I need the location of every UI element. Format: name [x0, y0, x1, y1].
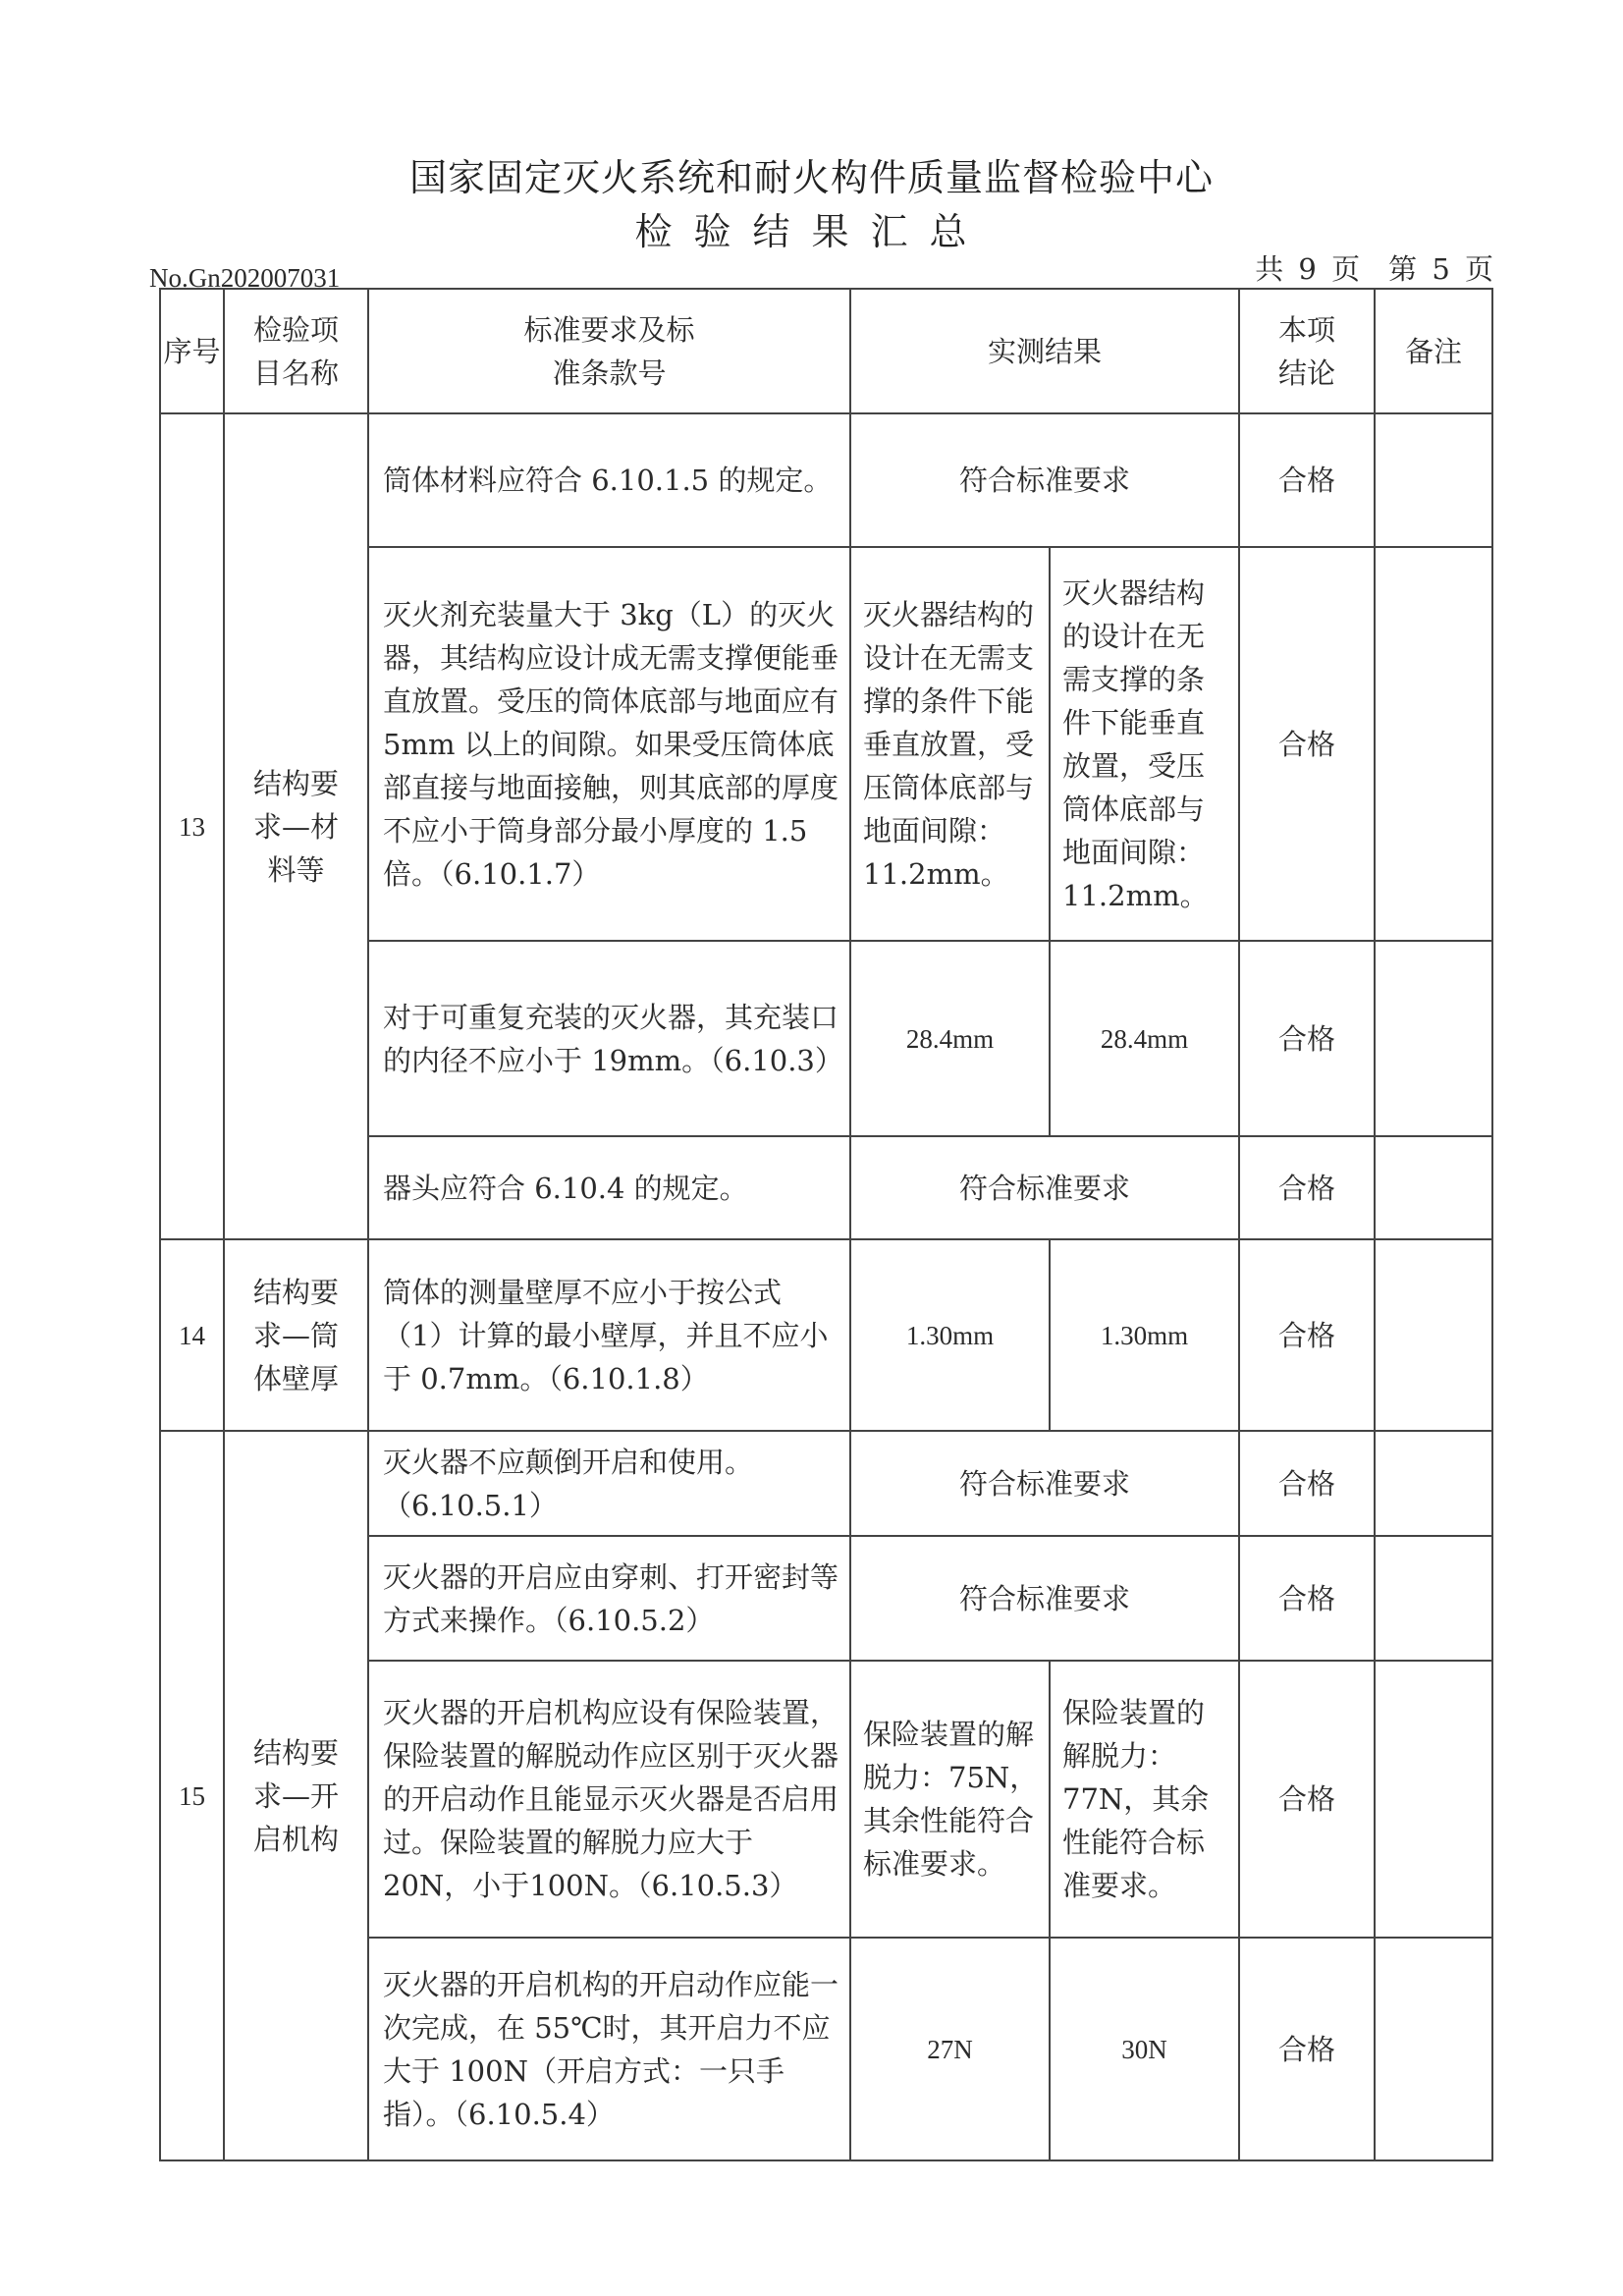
- col-seq: 序号: [160, 289, 224, 413]
- col-remark: 备注: [1375, 289, 1492, 413]
- result-cell: 符合标准要求: [850, 413, 1239, 547]
- result-b-cell: 30N: [1050, 1938, 1239, 2160]
- result-a-cell: 28.4mm: [850, 941, 1050, 1136]
- remark-cell: [1375, 1431, 1492, 1536]
- result-cell: 符合标准要求: [850, 1536, 1239, 1661]
- result-b-cell: 28.4mm: [1050, 941, 1239, 1136]
- result-a-cell: 灭火器结构的设计在无需支撑的条件下能垂直放置，受压筒体底部与地面间隙：11.2m…: [850, 547, 1050, 941]
- requirement-cell: 灭火器的开启机构应设有保险装置，保险装置的解脱动作应区别于灭火器的开启动作且能显…: [368, 1661, 850, 1938]
- table-row: 13 结构要求—材料等 筒体材料应符合 6.10.1.5 的规定。 符合标准要求…: [160, 413, 1492, 547]
- col-conclusion: 本项结论: [1239, 289, 1375, 413]
- remark-cell: [1375, 1536, 1492, 1661]
- result-a-cell: 1.30mm: [850, 1239, 1050, 1431]
- col-item: 检验项目名称: [224, 289, 368, 413]
- item-name-cell: 结构要求—开启机构: [224, 1431, 368, 2160]
- conclusion-cell: 合格: [1239, 1938, 1375, 2160]
- result-cell: 符合标准要求: [850, 1136, 1239, 1239]
- requirement-cell: 筒体的测量壁厚不应小于按公式（1）计算的最小壁厚，并且不应小于 0.7mm。（6…: [368, 1239, 850, 1431]
- conclusion-cell: 合格: [1239, 1431, 1375, 1536]
- remark-cell: [1375, 547, 1492, 941]
- seq-cell: 14: [160, 1239, 224, 1431]
- requirement-cell: 灭火器的开启应由穿刺、打开密封等方式来操作。（6.10.5.2）: [368, 1536, 850, 1661]
- results-table: 序号 检验项目名称 标准要求及标准条款号 实测结果 本项结论 备注 13 结构要…: [159, 288, 1493, 2161]
- remark-cell: [1375, 1938, 1492, 2160]
- conclusion-cell: 合格: [1239, 941, 1375, 1136]
- remark-cell: [1375, 1136, 1492, 1239]
- seq-cell: 15: [160, 1431, 224, 2160]
- page-info: 共 9 页 第 5 页: [1255, 247, 1493, 288]
- col-result: 实测结果: [850, 289, 1239, 413]
- conclusion-cell: 合格: [1239, 413, 1375, 547]
- header-row: 序号 检验项目名称 标准要求及标准条款号 实测结果 本项结论 备注: [160, 289, 1492, 413]
- requirement-cell: 灭火剂充装量大于 3kg（L）的灭火器，其结构应设计成无需支撑便能垂直放置。受压…: [368, 547, 850, 941]
- table-row: 15 结构要求—开启机构 灭火器不应颠倒开启和使用。（6.10.5.1） 符合标…: [160, 1431, 1492, 1536]
- result-b-cell: 1.30mm: [1050, 1239, 1239, 1431]
- result-a-cell: 保险装置的解脱力：75N，其余性能符合标准要求。: [850, 1661, 1050, 1938]
- requirement-cell: 灭火器不应颠倒开启和使用。（6.10.5.1）: [368, 1431, 850, 1536]
- conclusion-cell: 合格: [1239, 547, 1375, 941]
- item-name-cell: 结构要求—材料等: [224, 413, 368, 1239]
- requirement-cell: 对于可重复充装的灭火器，其充装口的内径不应小于 19mm。（6.10.3）: [368, 941, 850, 1136]
- item-name-cell: 结构要求—筒体壁厚: [224, 1239, 368, 1431]
- result-a-cell: 27N: [850, 1938, 1050, 2160]
- conclusion-cell: 合格: [1239, 1536, 1375, 1661]
- conclusion-cell: 合格: [1239, 1239, 1375, 1431]
- remark-cell: [1375, 941, 1492, 1136]
- table-row: 14 结构要求—筒体壁厚 筒体的测量壁厚不应小于按公式（1）计算的最小壁厚，并且…: [160, 1239, 1492, 1431]
- result-b-cell: 保险装置的解脱力：77N，其余性能符合标准要求。: [1050, 1661, 1239, 1938]
- requirement-cell: 灭火器的开启机构的开启动作应能一次完成，在 55℃时，其开启力不应大于 100N…: [368, 1938, 850, 2160]
- org-title: 国家固定灭火系统和耐火构件质量监督检验中心: [0, 147, 1623, 201]
- remark-cell: [1375, 1661, 1492, 1938]
- remark-cell: [1375, 1239, 1492, 1431]
- remark-cell: [1375, 413, 1492, 547]
- result-cell: 符合标准要求: [850, 1431, 1239, 1536]
- col-requirement: 标准要求及标准条款号: [368, 289, 850, 413]
- seq-cell: 13: [160, 413, 224, 1239]
- result-b-cell: 灭火器结构的设计在无需支撑的条件下能垂直放置，受压筒体底部与地面间隙：11.2m…: [1050, 547, 1239, 941]
- conclusion-cell: 合格: [1239, 1136, 1375, 1239]
- requirement-cell: 器头应符合 6.10.4 的规定。: [368, 1136, 850, 1239]
- requirement-cell: 筒体材料应符合 6.10.1.5 的规定。: [368, 413, 850, 547]
- conclusion-cell: 合格: [1239, 1661, 1375, 1938]
